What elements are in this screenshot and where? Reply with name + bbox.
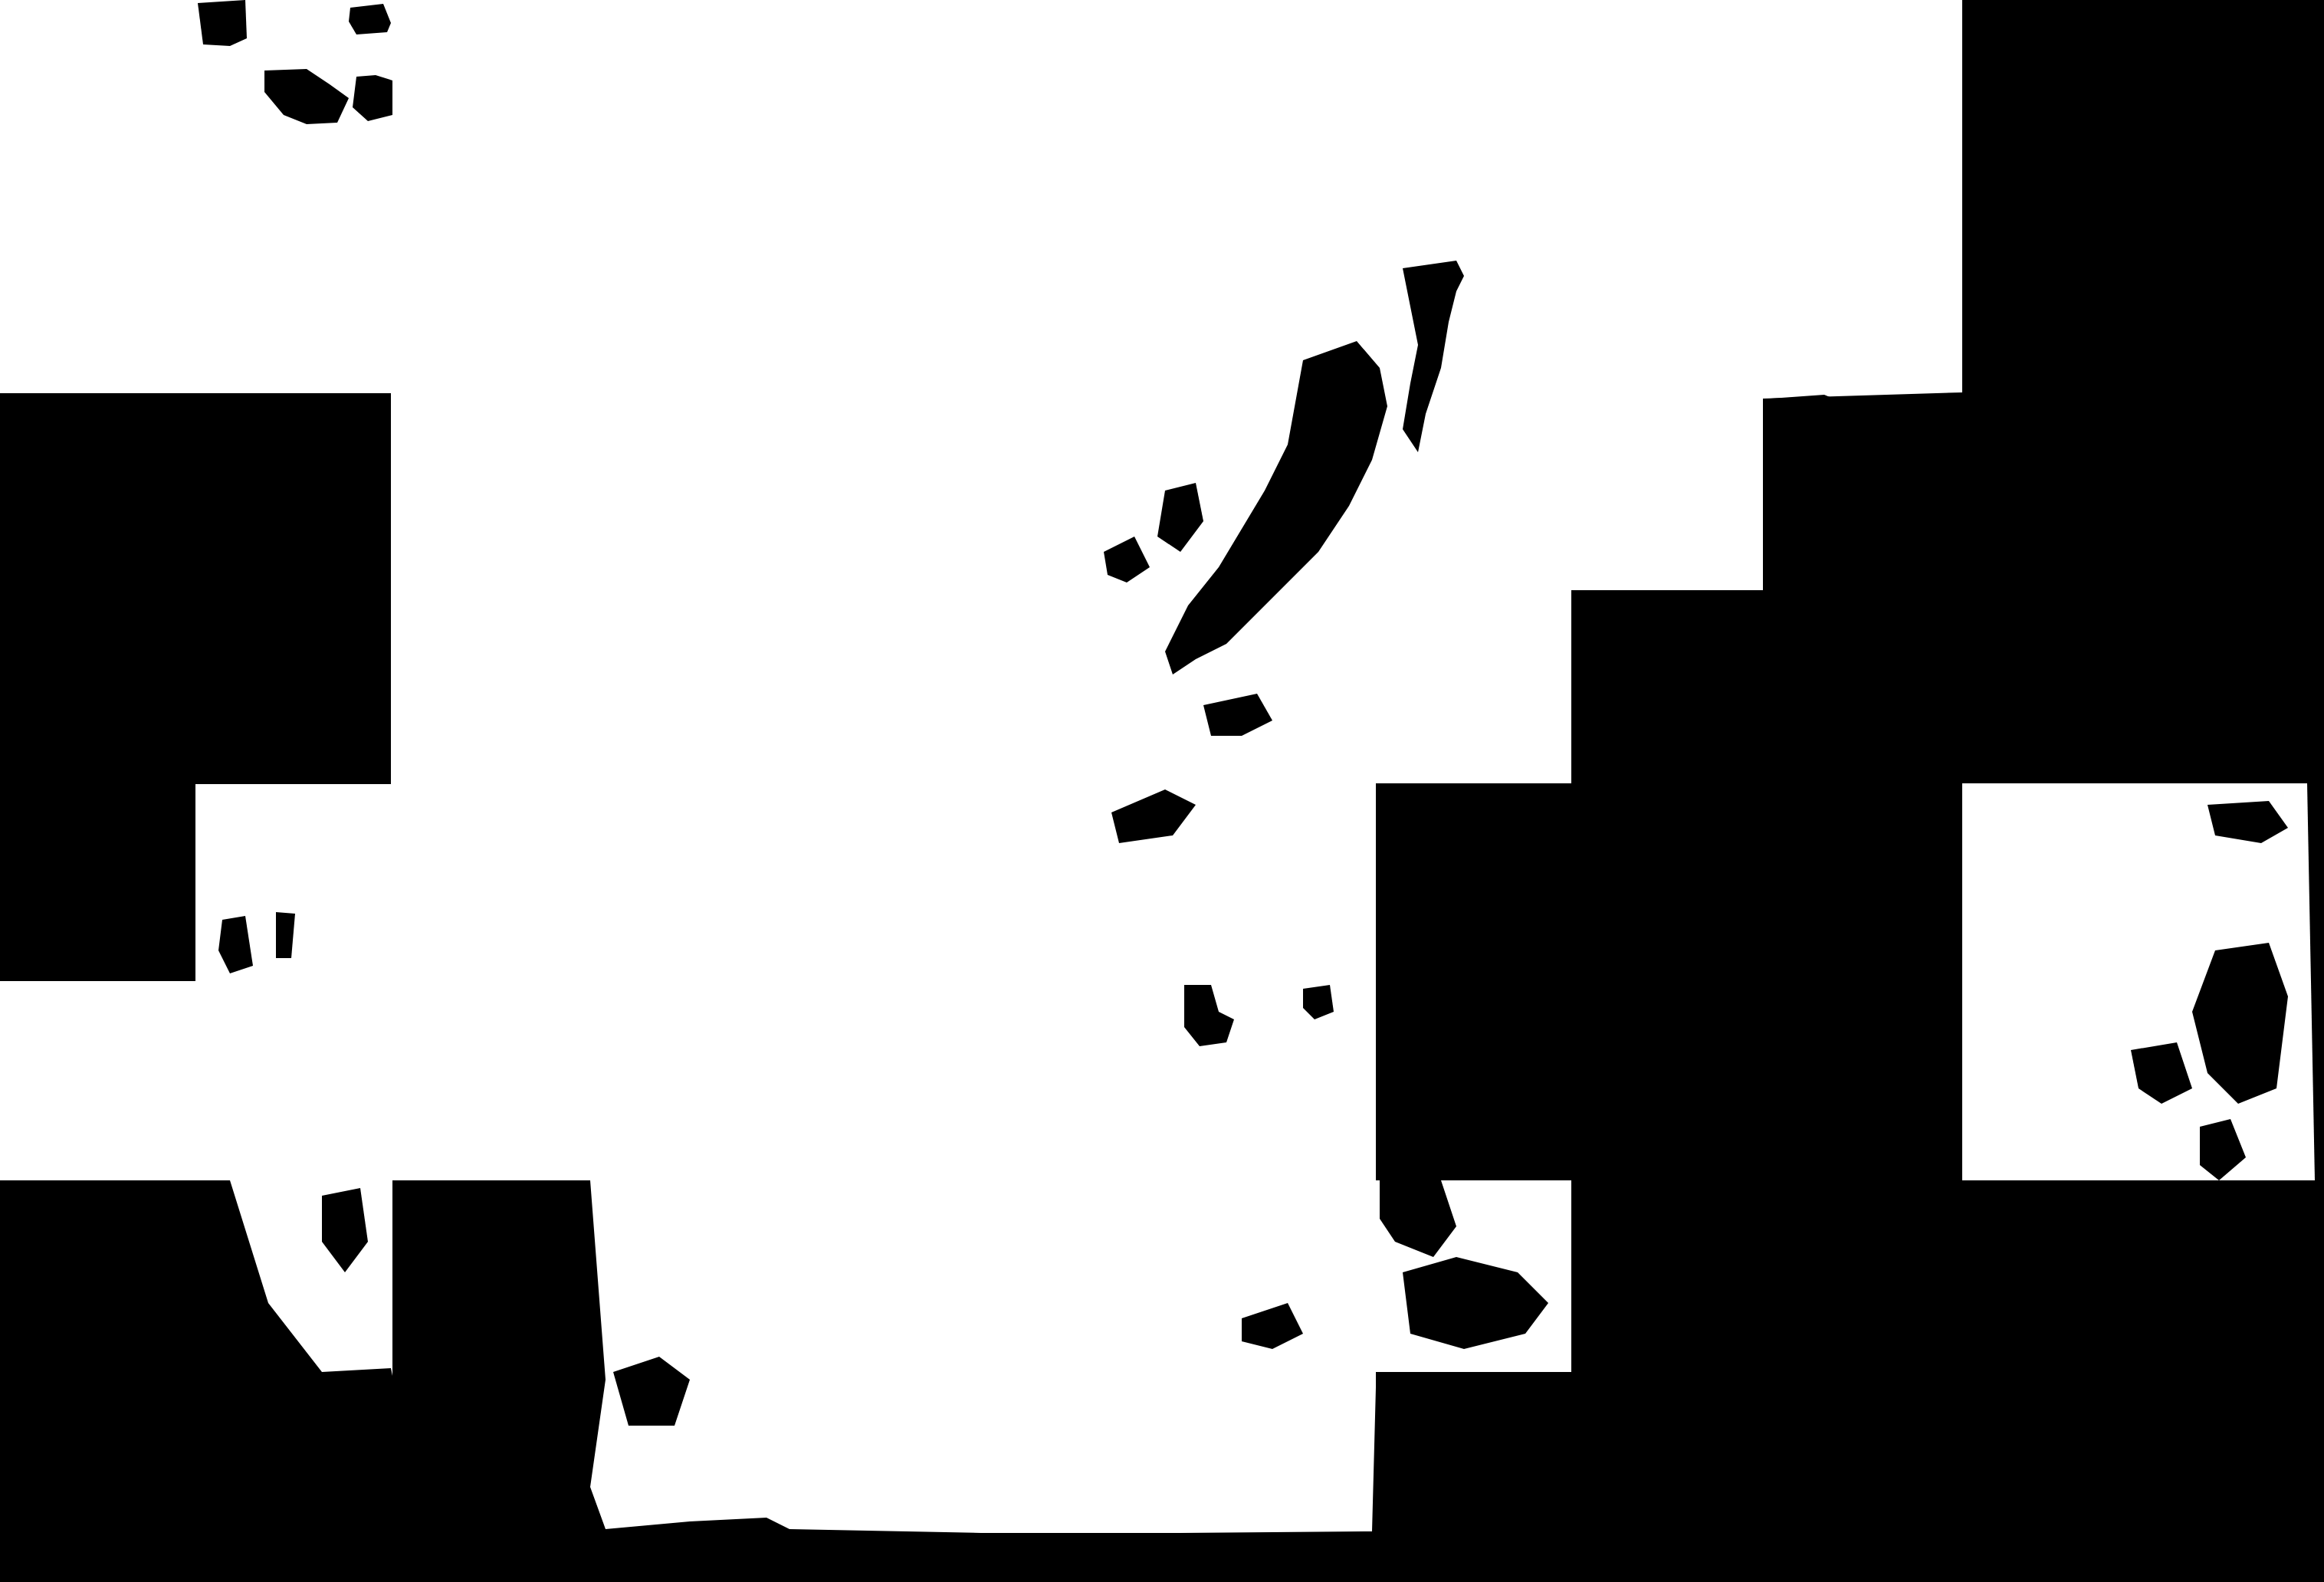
white-region-top [0, 0, 1962, 1533]
blob [198, 0, 247, 46]
blob [1924, 395, 1962, 491]
mask-drawing: #white-regions path { fill: #ffffff; } [0, 0, 2324, 1582]
white-regions [0, 0, 2315, 1533]
blob [349, 4, 391, 34]
mask-canvas: #white-regions path { fill: #ffffff; } [0, 0, 2324, 1582]
blob [1771, 395, 1901, 583]
